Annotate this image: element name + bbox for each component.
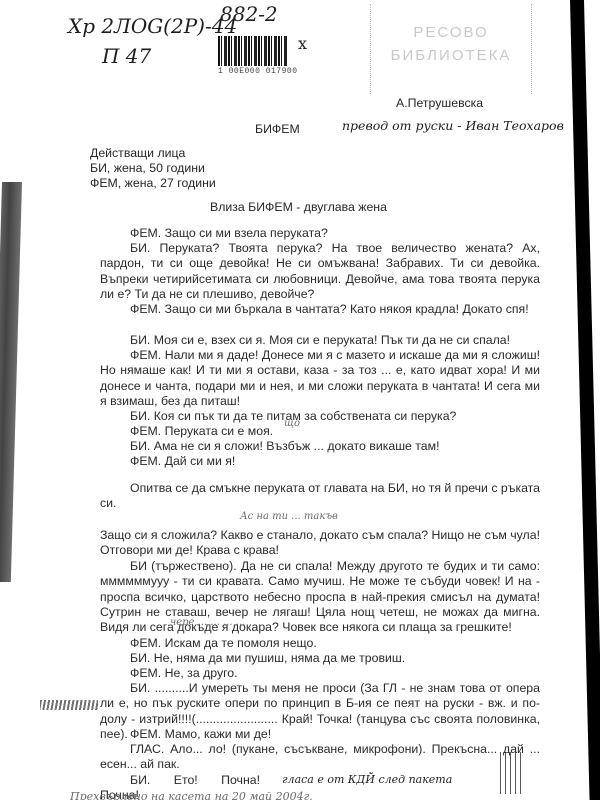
dialogue-line: ФЕМ. Перуката си е моя.	[100, 424, 540, 439]
scan-edge-bar-left	[0, 182, 22, 582]
scribbled-out-margin	[40, 700, 98, 710]
dialogue-line: ГЛАС. Ало... ло! (пукане, съсъкване, мик…	[100, 742, 540, 773]
dialogue-line: БИ. Моя си е, взех си я. Моя си е перука…	[100, 333, 540, 348]
library-stamp: РЕСОВО БИБЛИОТЕКА	[370, 4, 532, 94]
tally-marks	[500, 752, 524, 794]
cast-member: БИ, жена, 50 години	[90, 161, 205, 176]
cast-member: ФЕМ, жена, 27 години	[90, 176, 216, 191]
play-title: БИФЕМ	[255, 122, 300, 137]
dialogue-line: ФЕМ. Не, за друго.	[100, 666, 540, 681]
dialogue-line: ФЕМ. Искам да те помоля нещо.	[100, 636, 540, 651]
barcode	[218, 36, 288, 66]
handwritten-translator-note: превод от руски - Иван Теохаров	[342, 118, 564, 133]
stamp-line-2: БИБЛИОТЕКА	[371, 47, 531, 64]
stamp-line-1: РЕСОВО	[371, 24, 531, 41]
handwritten-insert: Ас на ти ... такъв	[240, 511, 338, 522]
scanned-document-page: Хр 2ЛОG(2P)-44 П 47 882-2 1 00E000 01790…	[0, 0, 600, 800]
dialogue-line: БИ. Коя си пък ти да те питам за собстве…	[100, 409, 540, 424]
scene-heading: Влиза БИФЕМ - двуглава жена	[210, 200, 387, 215]
dialogue-line: ФЕМ. Мамо, кажи ми де!	[100, 727, 540, 742]
handwritten-catalog-code: Хр 2ЛОG(2P)-44	[68, 14, 237, 38]
author-name: А.Петрушевска	[396, 96, 483, 111]
x-mark: x	[298, 34, 307, 53]
handwritten-bottom-note: гласа е от КДЙ след пакета	[282, 773, 452, 786]
cast-heading: Действащи лица	[90, 146, 185, 161]
dialogue-line: ФЕМ. Нали ми я даде! Донесе ми я с мазет…	[100, 348, 540, 409]
dialogue-line: БИ. Перуката? Твоята перука? На твое вел…	[100, 241, 540, 302]
dialogue-line: ФЕМ. Защо си ми взела перуката?	[100, 226, 540, 241]
dialogue-line: Защо си я сложила? Какво е станало, дока…	[100, 528, 540, 559]
dialogue-line: БИ. Ама не си я сложи! Възбъж ... докато…	[100, 439, 540, 454]
barcode-number: 1 00E000 017900	[218, 67, 298, 76]
handwritten-scribble: чере ... ... ... ...	[170, 617, 245, 628]
scan-edge-bar-right	[570, 0, 600, 800]
handwritten-insert: що	[284, 418, 300, 429]
handwritten-ref-number: 882-2	[220, 2, 278, 26]
handwritten-catalog-number: П 47	[102, 44, 151, 68]
stage-direction: Опитва се да смъкне перуката от главата …	[100, 481, 540, 512]
dialogue-line: БИ. Не, няма да ми пушиш, няма да ме тро…	[100, 651, 540, 666]
dialogue-line: ФЕМ. Дай си ми я!	[100, 454, 540, 469]
handwritten-footer: Прехвърлено на касета на 20 май 2004г.	[70, 790, 313, 800]
dialogue-line: БИ (тържествено). Да не си спала! Между …	[100, 559, 540, 635]
dialogue-line: ФЕМ. Защо си ми бъркала в чантата? Като …	[100, 302, 540, 317]
